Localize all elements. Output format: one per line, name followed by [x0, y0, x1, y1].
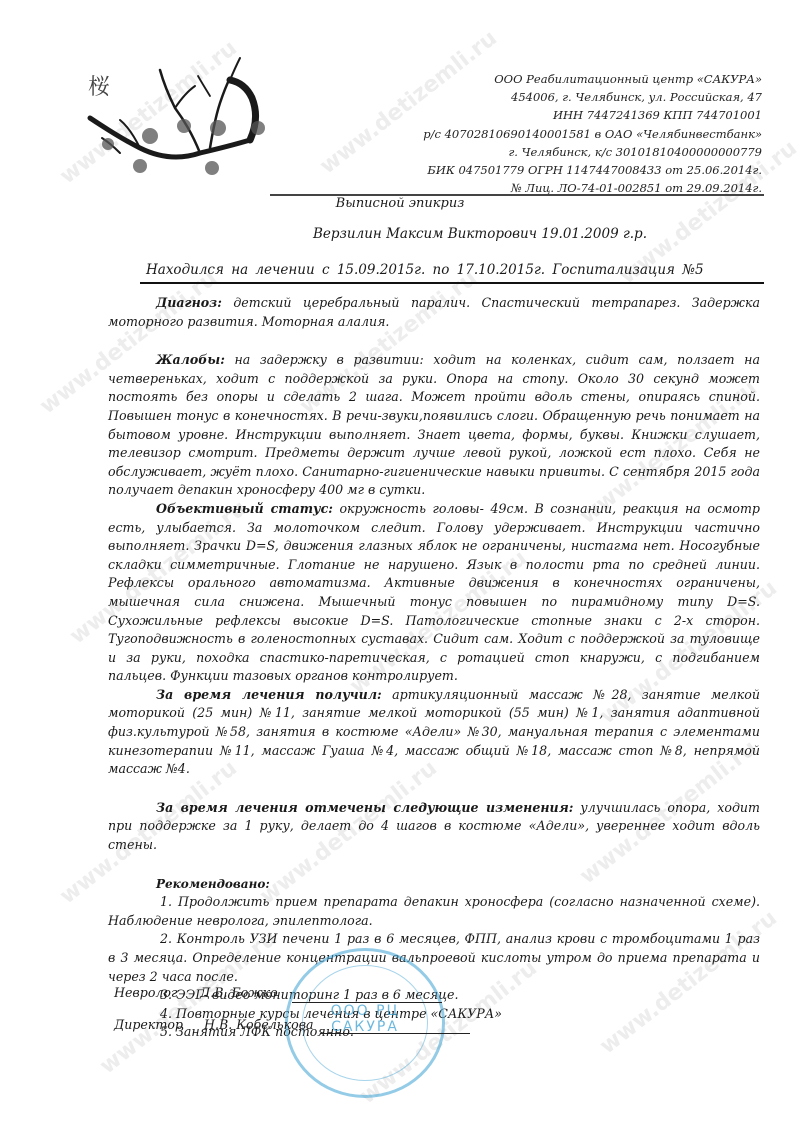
org-line: ИНН 7447241369 КПП 744701001 — [423, 106, 762, 124]
signature-row: Невролог Д.В. Божко — [114, 985, 344, 1017]
org-line: 454006, г. Челябинск, ул. Российская, 47 — [423, 88, 762, 106]
org-line: ООО Реабилитационный центр «САКУРА» — [423, 70, 762, 88]
recommendation-item: 1. Продолжить прием препарата депакин хр… — [108, 893, 760, 930]
signature-line — [292, 1002, 442, 1003]
status-label: Объективный статус: — [156, 501, 333, 516]
status-section: Объективный статус: окружность головы- 4… — [108, 500, 760, 686]
organization-details: ООО Реабилитационный центр «САКУРА» 4540… — [423, 70, 762, 197]
recommendation-item: 2. Контроль УЗИ печени 1 раз в 6 месяцев… — [108, 930, 760, 986]
document-body: Диагноз: детский церебральный паралич. С… — [108, 294, 760, 1042]
title-divider — [140, 282, 764, 284]
signature-line — [320, 1033, 470, 1034]
treatment-label: За время лечения получил: — [156, 687, 382, 702]
signatures: Невролог Д.В. Божко Директор Н.В. Кобель… — [114, 985, 344, 1049]
diagnosis-label: Диагноз: — [156, 295, 222, 310]
changes-label: За время лечения отмечены следующие изме… — [156, 800, 573, 815]
hospitalization-period: Находился на лечении с 15.09.2015г. по 1… — [146, 262, 704, 278]
signature-role: Невролог — [114, 985, 200, 1000]
treatment-section: За время лечения получил: артикуляционны… — [108, 686, 760, 779]
signature-row: Директор Н.В. Кобелькова — [114, 1017, 344, 1049]
status-text: окружность головы- 49см. В сознании, реа… — [108, 501, 760, 683]
complaints-label: Жалобы: — [156, 352, 225, 367]
complaints-section: Жалобы: на задержку в развитии: ходит на… — [108, 351, 760, 500]
sakura-branch-icon: 桜 — [80, 48, 300, 188]
svg-text:桜: 桜 — [88, 75, 110, 100]
org-line: БИК 047501779 ОГРН 1147447008433 от 25.0… — [423, 161, 762, 179]
recommended-label: Рекомендовано: — [108, 875, 760, 894]
document-page: www.detizemli.ru www.detizemli.ru www.de… — [0, 0, 800, 1131]
diagnosis-section: Диагноз: детский церебральный паралич. С… — [108, 294, 760, 331]
changes-section: За время лечения отмечены следующие изме… — [108, 799, 760, 855]
org-line: р/с 40702810690140001581 в ОАО «Челябинв… — [423, 125, 762, 143]
complaints-text: на задержку в развитии: ходит на коленка… — [108, 352, 760, 497]
signature-role: Директор — [114, 1017, 200, 1032]
signature-name: Н.В. Кобелькова — [200, 1017, 344, 1032]
patient-name: Верзилин Максим Викторович 19.01.2009 г.… — [0, 226, 800, 242]
signature-name: Д.В. Божко — [200, 985, 340, 1000]
document-title: Выписной эпикриз — [0, 196, 800, 211]
org-line: г. Челябинск, к/с 30101810400000000779 — [423, 143, 762, 161]
